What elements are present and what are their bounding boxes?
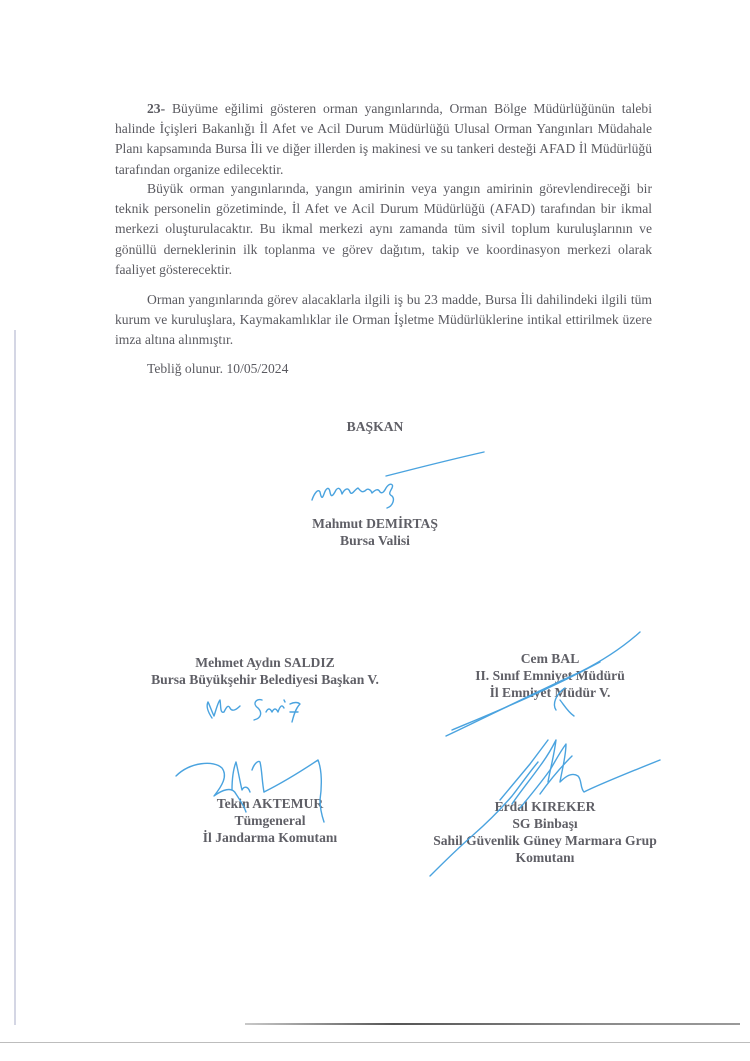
signature-block-governor: Mahmut DEMİRTAŞ Bursa Valisi: [280, 515, 470, 549]
signatory-title: Komutanı: [415, 849, 675, 866]
signatory-name: Cem BAL: [430, 650, 670, 667]
paragraph-supply-center: Büyük orman yangınlarında, yangın amirin…: [115, 179, 652, 280]
signatory-title: Bursa Büyükşehir Belediyesi Başkan V.: [120, 671, 410, 688]
paragraph-distribution: Orman yangınlarında görev alacaklarla il…: [115, 290, 652, 351]
signatory-title: Bursa Valisi: [280, 532, 470, 549]
signatory-name: Mahmut DEMİRTAŞ: [280, 515, 470, 532]
document-page: 23- Büyüme eğilimi gösteren orman yangın…: [0, 0, 750, 1061]
signatory-title: Tümgeneral: [170, 812, 370, 829]
signatory-title: Sahil Güvenlik Güney Marmara Grup: [415, 832, 675, 849]
signatory-title: İl Emniyet Müdür V.: [430, 684, 670, 701]
signatory-name: Mehmet Aydın SALDIZ: [120, 654, 410, 671]
signature-block-police: Cem BAL II. Sınıf Emniyet Müdürü İl Emni…: [430, 650, 670, 701]
scan-artifact-left-line: [14, 330, 16, 1025]
page-edge-line: [0, 1042, 750, 1043]
paragraph-text: Büyüme eğilimi gösteren orman yangınları…: [115, 101, 652, 177]
signatory-title: II. Sınıf Emniyet Müdürü: [430, 667, 670, 684]
paragraph-text: Orman yangınlarında görev alacaklarla il…: [115, 290, 652, 351]
signature-governor-icon: [312, 452, 484, 508]
president-title: BAŞKAN: [300, 418, 450, 435]
signatory-name: Erdal KIREKER: [415, 798, 675, 815]
signatory-name: Tekin AKTEMUR: [170, 795, 370, 812]
scan-artifact-bottom-line: [245, 1023, 740, 1025]
article-number: 23-: [147, 101, 165, 116]
paragraph-text: Büyük orman yangınlarında, yangın amirin…: [115, 179, 652, 280]
signatory-title: İl Jandarma Komutanı: [170, 829, 370, 846]
signature-block-municipality: Mehmet Aydın SALDIZ Bursa Büyükşehir Bel…: [120, 654, 410, 688]
signature-municipality-icon: [207, 700, 300, 722]
paragraph-article-23: 23- Büyüme eğilimi gösteren orman yangın…: [115, 99, 652, 180]
closing-line: Tebliğ olunur. 10/05/2024: [147, 359, 684, 379]
signatory-title: SG Binbaşı: [415, 815, 675, 832]
signature-block-coast-guard: Erdal KIREKER SG Binbaşı Sahil Güvenlik …: [415, 798, 675, 866]
paragraph-body: 23- Büyüme eğilimi gösteren orman yangın…: [115, 99, 652, 180]
signature-block-gendarmerie: Tekin AKTEMUR Tümgeneral İl Jandarma Kom…: [170, 795, 370, 846]
